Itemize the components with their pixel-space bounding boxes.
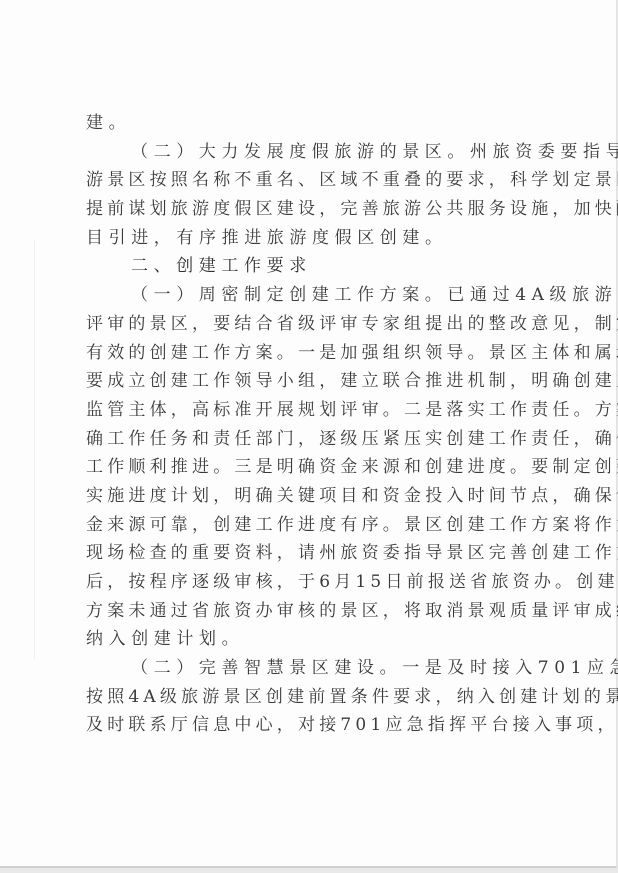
text-line: 要成立创建工作领导小组，建立联合推进机制，明确创建主体和	[86, 367, 548, 396]
text-line: 现场检查的重要资料，请州旅资委指导景区完善创建工作方案	[86, 539, 548, 568]
text-line: 游景区按照名称不重名、区域不重叠的要求，科学划定景区范围，	[86, 166, 548, 195]
paragraph-smart-scenic-area: （二）完善智慧景区建设。一是及时接入701应急指挥平台。	[86, 654, 548, 683]
text-line: 及时联系厅信息中心，对接701应急指挥平台接入事项，在景区	[86, 711, 548, 740]
text-line: 建。	[86, 109, 548, 138]
text-line: 方案未通过省旅资办审核的景区，将取消景观质量评审成绩，不	[86, 597, 548, 626]
document-page: 建。 （二）大力发展度假旅游的景区。州旅资委要指导甘海子旅 游景区按照名称不重名…	[0, 0, 617, 868]
document-body: 建。 （二）大力发展度假旅游的景区。州旅资委要指导甘海子旅 游景区按照名称不重名…	[86, 109, 548, 740]
text-line: 纳入创建计划。	[86, 625, 548, 654]
text-line: 按照4A级旅游景区创建前置条件要求，纳入创建计划的景区要	[86, 683, 548, 712]
paragraph-work-plan: （一）周密制定创建工作方案。已通过4A级旅游景观质量	[86, 281, 548, 310]
text-line: 金来源可靠，创建工作进度有序。景区创建工作方案将作为省级	[86, 511, 548, 540]
section-heading: 二、创建工作要求	[86, 252, 548, 281]
text-line: 后，按程序逐级审核，于6月15日前报送省旅资办。创建工作	[86, 568, 548, 597]
text-line: 提前谋划旅游度假区建设，完善旅游公共服务设施，加快配套项	[86, 195, 548, 224]
text-line: 目引进，有序推进旅游度假区创建。	[86, 224, 548, 253]
text-line: 实施进度计划，明确关键项目和资金投入时间节点，确保创建资	[86, 482, 548, 511]
text-line: 有效的创建工作方案。一是加强组织领导。景区主体和属地政府	[86, 339, 548, 368]
paragraph-resort-scenic-areas: （二）大力发展度假旅游的景区。州旅资委要指导甘海子旅	[86, 138, 548, 167]
text-line: 监管主体，高标准开展规划评审。二是落实工作责任。方案要明	[86, 396, 548, 425]
text-line: 确工作任务和责任部门，逐级压紧压实创建工作责任，确保创建	[86, 425, 548, 454]
text-line: 工作顺利推进。三是明确资金来源和创建进度。要制定创建工作	[86, 453, 548, 482]
text-line: 评审的景区，要结合省级评审专家组提出的整改意见，制定科学	[86, 310, 548, 339]
